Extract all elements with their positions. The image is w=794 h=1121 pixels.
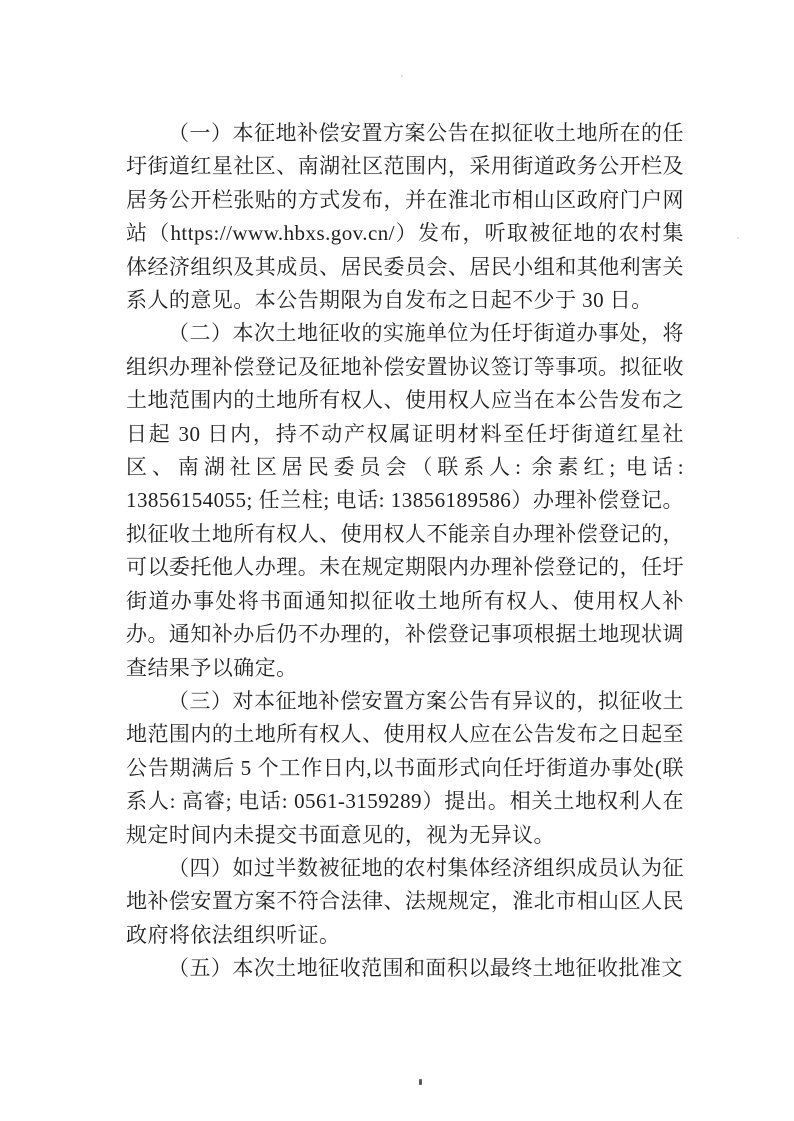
paragraph-item-1: （一）本征地补偿安置方案公告在拟征收土地所在的任圩街道红星社区、南湖社区范围内，… — [126, 117, 684, 317]
paragraph-item-4: （四）如过半数被征地的农村集体经济组织成员认为征地补偿安置方案不符合法律、法规规… — [126, 852, 684, 952]
scan-speck — [401, 75, 403, 77]
paragraph-item-3: （三）对本征地补偿安置方案公告有异议的，拟征收土地范围内的土地所有权人、使用权人… — [126, 685, 684, 852]
paragraph-item-5: （五）本次土地征收范围和面积以最终土地征收批准文 — [126, 952, 684, 985]
document-page: （一）本征地补偿安置方案公告在拟征收土地所在的任圩街道红星社区、南湖社区范围内，… — [0, 0, 794, 1121]
document-body: （一）本征地补偿安置方案公告在拟征收土地所在的任圩街道红星社区、南湖社区范围内，… — [126, 117, 684, 986]
scan-speck — [737, 237, 739, 239]
scan-speck — [419, 1079, 422, 1085]
paragraph-item-2: （二）本次土地征收的实施单位为任圩街道办事处，将组织办理补偿登记及征地补偿安置协… — [126, 317, 684, 684]
scan-speck — [150, 364, 152, 366]
